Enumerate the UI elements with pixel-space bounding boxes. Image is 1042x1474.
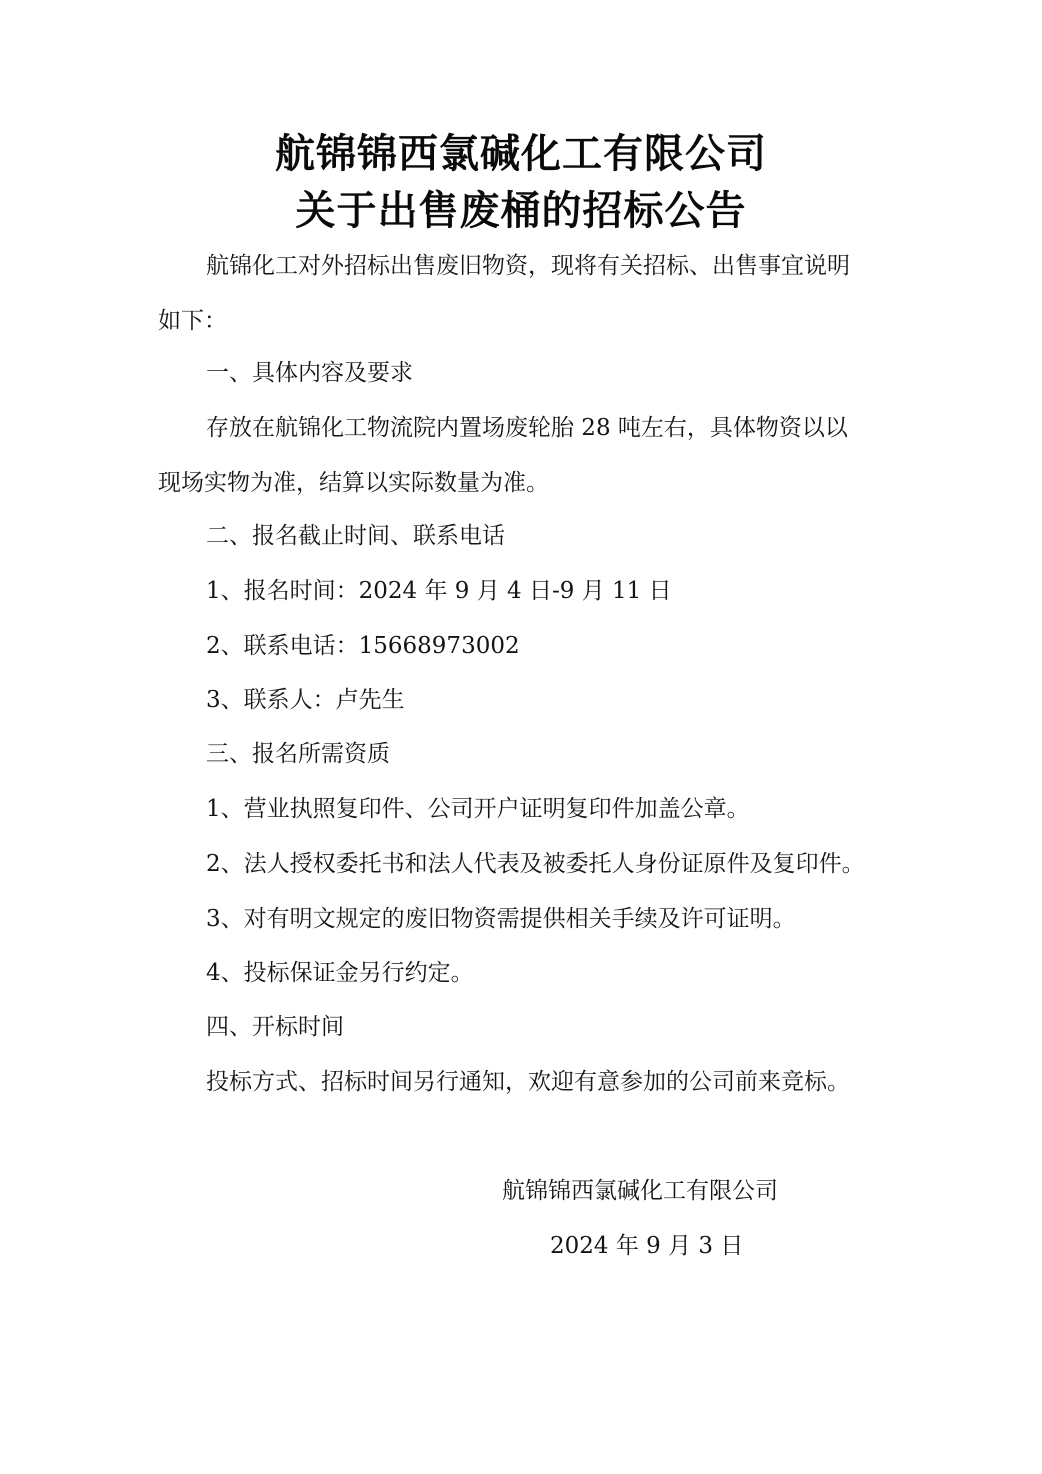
section1-body-line1: 存放在航锦化工物流院内置场废轮胎 28 吨左右，具体物资以以 bbox=[206, 412, 848, 444]
section2-item-registration-time: 1、报名时间：2024 年 9 月 4 日-9 月 11 日 bbox=[206, 575, 672, 607]
section4-body: 投标方式、招标时间另行通知，欢迎有意参加的公司前来竞标。 bbox=[206, 1066, 850, 1098]
section3-item-3: 3、对有明文规定的废旧物资需提供相关手续及许可证明。 bbox=[206, 903, 796, 935]
section2-item-contact: 3、联系人：卢先生 bbox=[206, 684, 405, 716]
intro-paragraph-line2: 如下： bbox=[158, 305, 227, 337]
document-title-company: 航锦锦西氯碱化工有限公司 bbox=[0, 130, 1042, 178]
signature-company: 航锦锦西氯碱化工有限公司 bbox=[502, 1175, 778, 1207]
document-page: 航锦锦西氯碱化工有限公司 关于出售废桶的招标公告 航锦化工对外招标出售废旧物资，… bbox=[0, 0, 1042, 1474]
section3-item-2: 2、法人授权委托书和法人代表及被委托人身份证原件及复印件。 bbox=[206, 848, 865, 880]
signature-date: 2024 年 9 月 3 日 bbox=[550, 1230, 743, 1262]
section3-heading: 三、报名所需资质 bbox=[206, 738, 390, 770]
document-title-subject: 关于出售废桶的招标公告 bbox=[0, 187, 1042, 235]
section4-heading: 四、开标时间 bbox=[206, 1011, 344, 1043]
section1-heading: 一、具体内容及要求 bbox=[206, 357, 413, 389]
section3-item-4: 4、投标保证金另行约定。 bbox=[206, 957, 474, 989]
section2-heading: 二、报名截止时间、联系电话 bbox=[206, 520, 505, 552]
section2-item-phone: 2、联系电话：15668973002 bbox=[206, 630, 520, 662]
intro-paragraph-line1: 航锦化工对外招标出售废旧物资，现将有关招标、出售事宜说明 bbox=[206, 250, 850, 282]
section3-item-1: 1、营业执照复印件、公司开户证明复印件加盖公章。 bbox=[206, 793, 750, 825]
section1-body-line2: 现场实物为准，结算以实际数量为准。 bbox=[158, 467, 549, 499]
